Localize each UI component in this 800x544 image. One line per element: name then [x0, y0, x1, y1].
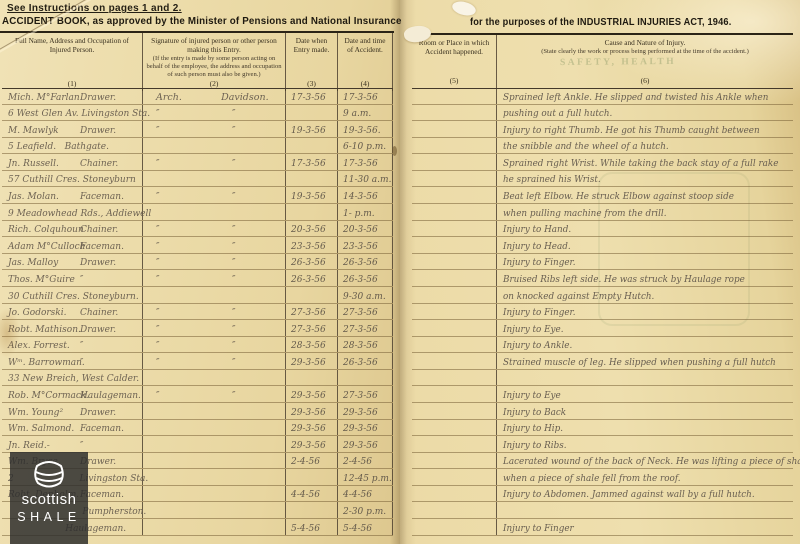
signature-text: ″ ″ [156, 257, 236, 268]
signature-cell: ″ ″ [143, 237, 286, 253]
entry-date-text: 27-3-56 [291, 308, 326, 318]
signature-cell [143, 287, 286, 303]
entry-date-cell: 2-4-56 [286, 453, 338, 469]
accident-date-text: 5-4-56 [343, 524, 372, 534]
column-header-entry-date: Date when Entry made. (3) [286, 33, 338, 91]
entry-date-text: 20-3-56 [291, 225, 326, 235]
entry-date-text: 29-3-56 [291, 424, 326, 434]
accident-date-text: 2-30 p.m. [343, 507, 386, 517]
cause-cell: he sprained his Wrist. [497, 171, 793, 187]
cause-text: pushing out a full hutch. [503, 109, 612, 119]
entry-row-right: Sprained right Wrist. While taking the b… [412, 154, 793, 171]
entry-row-right: Injury to Head. [412, 237, 793, 254]
entry-row-right: Injury to Abdomen. Jammed against wall b… [412, 486, 793, 503]
entry-row-left: Wm. Young²Drawer.29-3-5629-3-56 [2, 403, 393, 420]
entry-row-left: 33 New Breich, West Calder. [2, 370, 393, 387]
occupation-text: Faceman. [80, 242, 124, 252]
name-text: Thos. M°Guire [8, 275, 75, 285]
signature-cell: Arch. Davidson. [143, 88, 286, 104]
cause-text: Injury to Ribs. [503, 441, 567, 451]
entry-row-right: Injury to Ribs. [412, 436, 793, 453]
cause-cell: Injury to Finger. [497, 254, 793, 270]
signature-text: ″ ″ [156, 357, 236, 368]
cause-text: when a piece of shale fell from the roof… [503, 474, 681, 484]
entry-row-left: Robt. Mathison.Drawer.″ ″27-3-5627-3-56 [2, 320, 393, 337]
signature-cell: ″ ″ [143, 187, 286, 203]
column-number: (5) [412, 76, 496, 88]
cause-text: Bruised Ribs left side. He was struck by… [503, 275, 745, 285]
name-text: Jas. Molan. [8, 192, 59, 202]
place-cell [412, 254, 497, 270]
cause-text: Injury to Finger [503, 524, 574, 534]
column-number: (6) [497, 76, 793, 88]
entry-row-right: Beat left Elbow. He struck Elbow against… [412, 187, 793, 204]
accident-date-text: 29-3-56 [343, 408, 378, 418]
place-cell [412, 138, 497, 154]
entry-row-left: Thos. M°Guire″″ ″26-3-5626-3-56 [2, 270, 393, 287]
signature-cell: ″ ″ [143, 154, 286, 170]
name-cell: Adam M°CullochFaceman. [2, 237, 143, 253]
signature-text: ″ ″ [156, 390, 236, 401]
entry-date-cell: 27-3-56 [286, 304, 338, 320]
name-cell: Wm. Salmond.Faceman. [2, 420, 143, 436]
entry-date-cell [286, 370, 338, 386]
entry-row-right: pushing out a full hutch. [412, 105, 793, 122]
cause-cell: Beat left Elbow. He struck Elbow against… [497, 187, 793, 203]
entry-row-right: Injury to Finger [412, 519, 793, 536]
place-cell [412, 88, 497, 104]
name-text: 5 Leafield. Bathgate. [8, 142, 109, 152]
column-label: Date when Entry made. [286, 33, 337, 54]
entry-row-left: 5 Leafield. Bathgate.6-10 p.m. [2, 138, 393, 155]
entry-row-right [412, 370, 793, 387]
retort-barrel-icon [31, 458, 67, 490]
entry-date-text: 17-3-56 [291, 93, 326, 103]
place-cell [412, 237, 497, 253]
entry-row-left: 30 Cuthill Cres. Stoneyburn.9-30 a.m. [2, 287, 393, 304]
accident-date-text: 12-45 p.m. [343, 474, 392, 484]
cause-text: Injury to Finger. [503, 308, 576, 318]
occupation-text: Drawer. [80, 408, 116, 418]
entry-date-cell: 19-3-56 [286, 187, 338, 203]
name-text: 33 New Breich, West Calder. [8, 374, 139, 384]
entry-row-right: Injury to Eye [412, 386, 793, 403]
place-cell [412, 105, 497, 121]
place-cell [412, 337, 497, 353]
name-text: Rich. Colquhoun [8, 225, 84, 235]
entry-row-left: Jas. MalloyDrawer.″ ″26-3-5626-3-56 [2, 254, 393, 271]
column-label: Signature of injured person or other per… [143, 33, 285, 54]
signature-cell: ″ ″ [143, 254, 286, 270]
name-text: 30 Cuthill Cres. Stoneyburn. [8, 292, 139, 302]
signature-text: ″ ″ [156, 108, 236, 119]
entry-row-right: when a piece of shale fell from the roof… [412, 469, 793, 486]
occupation-text: Chainer. [80, 308, 118, 318]
entry-row-left: Alex. Forrest.″″ ″28-3-5628-3-56 [2, 337, 393, 354]
accident-date-text: 2-4-56 [343, 457, 372, 467]
cause-text: Injury to Eye [503, 391, 561, 401]
accident-date-cell: 26-3-56 [338, 254, 393, 270]
accident-date-cell: 17-3-56 [338, 88, 393, 104]
accident-date-cell: 19-3-56. [338, 121, 393, 137]
cause-cell: Lacerated wound of the back of Neck. He … [497, 453, 793, 469]
cause-text: Beat left Elbow. He struck Elbow against… [503, 192, 734, 202]
entry-row-left: Jas. Molan.Faceman.″ ″19-3-5614-3-56 [2, 187, 393, 204]
entry-row-right: Sprained left Ankle. He slipped and twis… [412, 88, 793, 105]
entry-row-right: Injury to Back [412, 403, 793, 420]
entry-date-cell: 27-3-56 [286, 320, 338, 336]
entry-row-left: Jn. Reid.-″29-3-5629-3-56 [2, 436, 393, 453]
accident-date-text: 28-3-56 [343, 341, 378, 351]
accident-date-text: 27-3-56 [343, 308, 378, 318]
signature-cell [143, 420, 286, 436]
cause-text: Injury to Eye. [503, 325, 564, 335]
entry-date-text: 2-4-56 [291, 457, 320, 467]
signature-cell: ″ ″ [143, 270, 286, 286]
place-cell [412, 304, 497, 320]
entry-date-text: 19-3-56 [291, 126, 326, 136]
table-header-right: Room or Place in which Accident happened… [412, 35, 793, 89]
place-cell [412, 154, 497, 170]
paper-speck [392, 146, 397, 156]
entry-date-text: 5-4-56 [291, 524, 320, 534]
entry-date-cell: 26-3-56 [286, 254, 338, 270]
accident-date-text: 6-10 p.m. [343, 142, 386, 152]
cause-cell: Injury to Hand. [497, 221, 793, 237]
cause-cell: Sprained right Wrist. While taking the b… [497, 154, 793, 170]
entry-row-right: Lacerated wound of the back of Neck. He … [412, 453, 793, 470]
cause-cell: pushing out a full hutch. [497, 105, 793, 121]
watermark-line1: scottish [22, 492, 77, 507]
entry-row-left: Rob. M°Cormack.Haulageman.″ ″29-3-5627-3… [2, 386, 393, 403]
cause-cell: when a piece of shale fell from the roof… [497, 469, 793, 485]
entry-row-left: Adam M°CullochFaceman.″ ″23-3-5623-3-56 [2, 237, 393, 254]
accident-date-text: 19-3-56. [343, 126, 381, 136]
signature-text: ″ ″ [156, 158, 236, 169]
occupation-text: ″ [80, 275, 83, 285]
occupation-text: ″ [80, 341, 83, 351]
cause-cell: Injury to Back [497, 403, 793, 419]
entry-date-text: 4-4-56 [291, 490, 320, 500]
name-cell: Robt. Mathison.Drawer. [2, 320, 143, 336]
entry-date-cell: 29-3-56 [286, 386, 338, 402]
name-cell: Mich. M°FarlanDrawer. [2, 88, 143, 104]
signature-cell [143, 469, 286, 485]
entry-row-right: Injury to Finger. [412, 304, 793, 321]
accident-date-cell: 2-4-56 [338, 453, 393, 469]
column-note: (State clearly the work or process being… [497, 47, 793, 56]
accident-book-spread: SAFETY, HEALTH See Instructions on pages… [0, 0, 800, 544]
place-cell [412, 270, 497, 286]
accident-date-text: 9 a.m. [343, 109, 371, 119]
place-cell [412, 221, 497, 237]
cause-text: Injury to Hand. [503, 225, 571, 235]
entry-date-cell: 26-3-56 [286, 270, 338, 286]
entry-row-left: 6 West Glen Av. Livingston Sta.″ ″9 a.m. [2, 105, 393, 122]
cause-text: Lacerated wound of the back of Neck. He … [503, 457, 800, 467]
occupation-text: ″ [80, 441, 83, 451]
place-cell [412, 453, 497, 469]
act-title: for the purposes of the INDUSTRIAL INJUR… [470, 17, 731, 28]
occupation-text: Drawer. [80, 126, 116, 136]
place-cell [412, 171, 497, 187]
signature-text: ″ ″ [156, 224, 236, 235]
cause-text: when pulling machine from the drill. [503, 209, 667, 219]
accident-date-text: 27-3-56 [343, 325, 378, 335]
entry-date-cell: 17-3-56 [286, 88, 338, 104]
accident-date-text: 20-3-56 [343, 225, 378, 235]
cause-cell: Injury to Hip. [497, 420, 793, 436]
name-cell: Rob. M°Cormack.Haulageman. [2, 386, 143, 402]
place-cell [412, 420, 497, 436]
cause-text: he sprained his Wrist. [503, 175, 601, 185]
cause-text: Sprained left Ankle. He slipped and twis… [503, 93, 768, 103]
place-cell [412, 370, 497, 386]
place-cell [412, 469, 497, 485]
entry-date-text: 29-3-56 [291, 441, 326, 451]
accident-date-cell: 9-30 a.m. [338, 287, 393, 303]
name-text: Jn. Russell. [8, 159, 59, 169]
occupation-text: Faceman. [80, 192, 124, 202]
entry-date-text: 29-3-56 [291, 391, 326, 401]
cause-text: Strained muscle of leg. He slipped when … [503, 358, 776, 368]
occupation-text: Haulageman. [80, 391, 141, 401]
accident-date-cell: 1- p.m. [338, 204, 393, 220]
name-cell: Jn. Reid.-″ [2, 436, 143, 452]
name-cell: Wm. Young²Drawer. [2, 403, 143, 419]
cause-text: Injury to Head. [503, 242, 571, 252]
accident-date-cell: 27-3-56 [338, 320, 393, 336]
signature-cell: ″ ″ [143, 304, 286, 320]
entry-date-text: 28-3-56 [291, 341, 326, 351]
cause-cell: Injury to Head. [497, 237, 793, 253]
column-note: (If the entry is made by some person act… [143, 54, 285, 79]
column-header-cause: Cause and Nature of Injury. (State clear… [497, 35, 793, 88]
place-cell [412, 187, 497, 203]
entry-date-cell: 29-3-56 [286, 353, 338, 369]
entry-date-text: 29-3-56 [291, 408, 326, 418]
entry-row-right: Injury to right Thumb. He got his Thumb … [412, 121, 793, 138]
cause-cell: when pulling machine from the drill. [497, 204, 793, 220]
cause-text: Injury to Abdomen. Jammed against wall b… [503, 490, 755, 500]
name-text: Jn. Reid.- [8, 441, 50, 451]
signature-cell [143, 502, 286, 518]
column-label: Cause and Nature of Injury. [497, 35, 793, 47]
entry-date-text: 19-3-56 [291, 192, 326, 202]
name-cell: Jas. Molan.Faceman. [2, 187, 143, 203]
cause-cell: Injury to right Thumb. He got his Thumb … [497, 121, 793, 137]
entry-date-cell: 28-3-56 [286, 337, 338, 353]
name-text: Wᵐ. Barrowman. [8, 358, 85, 368]
signature-cell [143, 138, 286, 154]
column-header-place: Room or Place in which Accident happened… [412, 35, 497, 88]
accident-date-cell: 27-3-56 [338, 386, 393, 402]
cause-cell: Injury to Eye. [497, 320, 793, 336]
accident-date-cell: 28-3-56 [338, 337, 393, 353]
entry-date-cell: 19-3-56 [286, 121, 338, 137]
entry-date-cell: 4-4-56 [286, 486, 338, 502]
occupation-text: ″ [80, 358, 83, 368]
cause-text: the snibble and the wheel of a hutch. [503, 142, 669, 152]
accident-date-text: 29-3-56 [343, 424, 378, 434]
accident-date-cell: 14-3-56 [338, 187, 393, 203]
entry-date-text: 27-3-56 [291, 325, 326, 335]
name-text: Rob. M°Cormack. [8, 391, 89, 401]
accident-date-text: 17-3-56 [343, 93, 378, 103]
entry-date-text: 29-3-56 [291, 358, 326, 368]
accident-date-cell: 17-3-56 [338, 154, 393, 170]
accident-date-cell: 26-3-56 [338, 353, 393, 369]
name-cell: M. MawlykDrawer. [2, 121, 143, 137]
entry-row-right: on knocked against Empty Hutch. [412, 287, 793, 304]
signature-cell [143, 204, 286, 220]
name-text: Wm. Salmond. [8, 424, 74, 434]
name-cell: 57 Cuthill Cres. Stoneyburn [2, 171, 143, 187]
entry-date-text: 26-3-56 [291, 258, 326, 268]
signature-text: ″ ″ [156, 125, 236, 136]
place-cell [412, 486, 497, 502]
accident-date-cell: 2-30 p.m. [338, 502, 393, 518]
accident-date-cell: 29-3-56 [338, 403, 393, 419]
cause-cell: Injury to Abdomen. Jammed against wall b… [497, 486, 793, 502]
cause-cell [497, 502, 793, 518]
entry-row-left: M. MawlykDrawer.″ ″19-3-5619-3-56. [2, 121, 393, 138]
cause-text: Injury to Finger. [503, 258, 576, 268]
accident-date-cell: 6-10 p.m. [338, 138, 393, 154]
cause-cell: Strained muscle of leg. He slipped when … [497, 353, 793, 369]
name-text: 9 Meadowhead Rds., Addiewell [8, 209, 151, 219]
signature-cell [143, 370, 286, 386]
signature-cell: ″ ″ [143, 121, 286, 137]
entry-date-cell [286, 287, 338, 303]
place-cell [412, 386, 497, 402]
place-cell [412, 436, 497, 452]
right-rows: Sprained left Ankle. He slipped and twis… [412, 88, 793, 536]
entry-row-left: Rich. ColquhounChainer.″ ″20-3-5620-3-56 [2, 221, 393, 238]
signature-cell [143, 436, 286, 452]
signature-cell: ″ ″ [143, 386, 286, 402]
name-cell: 30 Cuthill Cres. Stoneyburn. [2, 287, 143, 303]
entry-row-right: he sprained his Wrist. [412, 171, 793, 188]
watermark-line2: SHALE [17, 511, 81, 524]
cause-text: Injury to Hip. [503, 424, 563, 434]
cause-cell: the snibble and the wheel of a hutch. [497, 138, 793, 154]
entry-row-left: Jn. Russell.Chainer.″ ″17-3-5617-3-56 [2, 154, 393, 171]
accident-date-text: 9-30 a.m. [343, 292, 386, 302]
signature-text: ″ ″ [156, 340, 236, 351]
entry-row-right [412, 502, 793, 519]
signature-text: Arch. Davidson. [156, 92, 269, 103]
entry-row-right: Injury to Finger. [412, 254, 793, 271]
occupation-text: Drawer. [80, 258, 116, 268]
name-text: 57 Cuthill Cres. Stoneyburn [8, 175, 136, 185]
cause-text: on knocked against Empty Hutch. [503, 292, 654, 302]
column-header-signature: Signature of injured person or other per… [143, 33, 286, 91]
entry-date-cell: 5-4-56 [286, 519, 338, 535]
cause-text: Injury to Back [503, 408, 566, 418]
signature-text: ″ ″ [156, 274, 236, 285]
name-cell: Wᵐ. Barrowman.″ [2, 353, 143, 369]
table-header-left: Full Name, Address and Occupation of Inj… [2, 33, 393, 89]
entry-row-left: Wᵐ. Barrowman.″″ ″29-3-5626-3-56 [2, 353, 393, 370]
place-cell [412, 121, 497, 137]
accident-date-text: 27-3-56 [343, 391, 378, 401]
accident-date-cell: 12-45 p.m. [338, 469, 393, 485]
entry-row-left: 9 Meadowhead Rds., Addiewell1- p.m. [2, 204, 393, 221]
name-text: 6 West Glen Av. Livingston Sta. [8, 109, 150, 119]
accident-date-cell: 26-3-56 [338, 270, 393, 286]
entry-date-cell: 20-3-56 [286, 221, 338, 237]
name-cell: 5 Leafield. Bathgate. [2, 138, 143, 154]
cause-cell: Sprained left Ankle. He slipped and twis… [497, 88, 793, 104]
signature-cell [143, 453, 286, 469]
entry-date-cell: 29-3-56 [286, 420, 338, 436]
name-cell: Thos. M°Guire″ [2, 270, 143, 286]
entry-row-right: Injury to Hand. [412, 221, 793, 238]
accident-date-cell: 27-3-56 [338, 304, 393, 320]
signature-cell [143, 171, 286, 187]
accident-date-text: 4-4-56 [343, 490, 372, 500]
cause-text: Injury to Ankle. [503, 341, 572, 351]
occupation-text: Drawer. [80, 93, 116, 103]
entry-date-text: 17-3-56 [291, 159, 326, 169]
accident-date-cell: 5-4-56 [338, 519, 393, 535]
name-text: Jas. Malloy [8, 258, 58, 268]
accident-date-cell: 4-4-56 [338, 486, 393, 502]
occupation-text: Faceman. [80, 424, 124, 434]
entry-date-cell: 29-3-56 [286, 403, 338, 419]
entry-row-left: Jo. Godorski.Chainer.″ ″27-3-5627-3-56 [2, 304, 393, 321]
accident-date-text: 26-3-56 [343, 275, 378, 285]
entry-date-cell [286, 204, 338, 220]
cause-cell: Injury to Ribs. [497, 436, 793, 452]
cause-text: Injury to right Thumb. He got his Thumb … [503, 126, 760, 136]
name-text: Wm. Young² [8, 408, 63, 418]
place-cell [412, 204, 497, 220]
place-cell [412, 519, 497, 535]
name-text: M. Mawlyk [8, 126, 59, 136]
accident-date-cell [338, 370, 393, 386]
place-cell [412, 403, 497, 419]
entry-date-cell [286, 138, 338, 154]
occupation-text: Chainer. [80, 225, 118, 235]
entry-date-cell [286, 171, 338, 187]
entry-row-right: when pulling machine from the drill. [412, 204, 793, 221]
signature-cell [143, 403, 286, 419]
column-header-name: Full Name, Address and Occupation of Inj… [2, 33, 143, 91]
signature-cell: ″ ″ [143, 221, 286, 237]
entry-row-right: Injury to Hip. [412, 420, 793, 437]
scottish-shale-watermark: scottish SHALE [10, 452, 88, 544]
signature-cell: ″ ″ [143, 337, 286, 353]
accident-date-text: 14-3-56 [343, 192, 378, 202]
entry-row-left: Mich. M°FarlanDrawer.Arch. Davidson.17-3… [2, 88, 393, 105]
name-text: Adam M°Culloch [8, 242, 85, 252]
accident-date-text: 29-3-56 [343, 441, 378, 451]
entry-row-left: 57 Cuthill Cres. Stoneyburn11-30 a.m. [2, 171, 393, 188]
signature-cell [143, 486, 286, 502]
entry-row-right: Bruised Ribs left side. He was struck by… [412, 270, 793, 287]
name-cell: Rich. ColquhounChainer. [2, 221, 143, 237]
accident-date-text: 17-3-56 [343, 159, 378, 169]
name-cell: Jo. Godorski.Chainer. [2, 304, 143, 320]
accident-date-cell: 29-3-56 [338, 436, 393, 452]
accident-date-cell: 20-3-56 [338, 221, 393, 237]
name-cell: Jas. MalloyDrawer. [2, 254, 143, 270]
entry-date-cell [286, 502, 338, 518]
cause-cell: Injury to Eye [497, 386, 793, 402]
accident-date-text: 1- p.m. [343, 209, 375, 219]
